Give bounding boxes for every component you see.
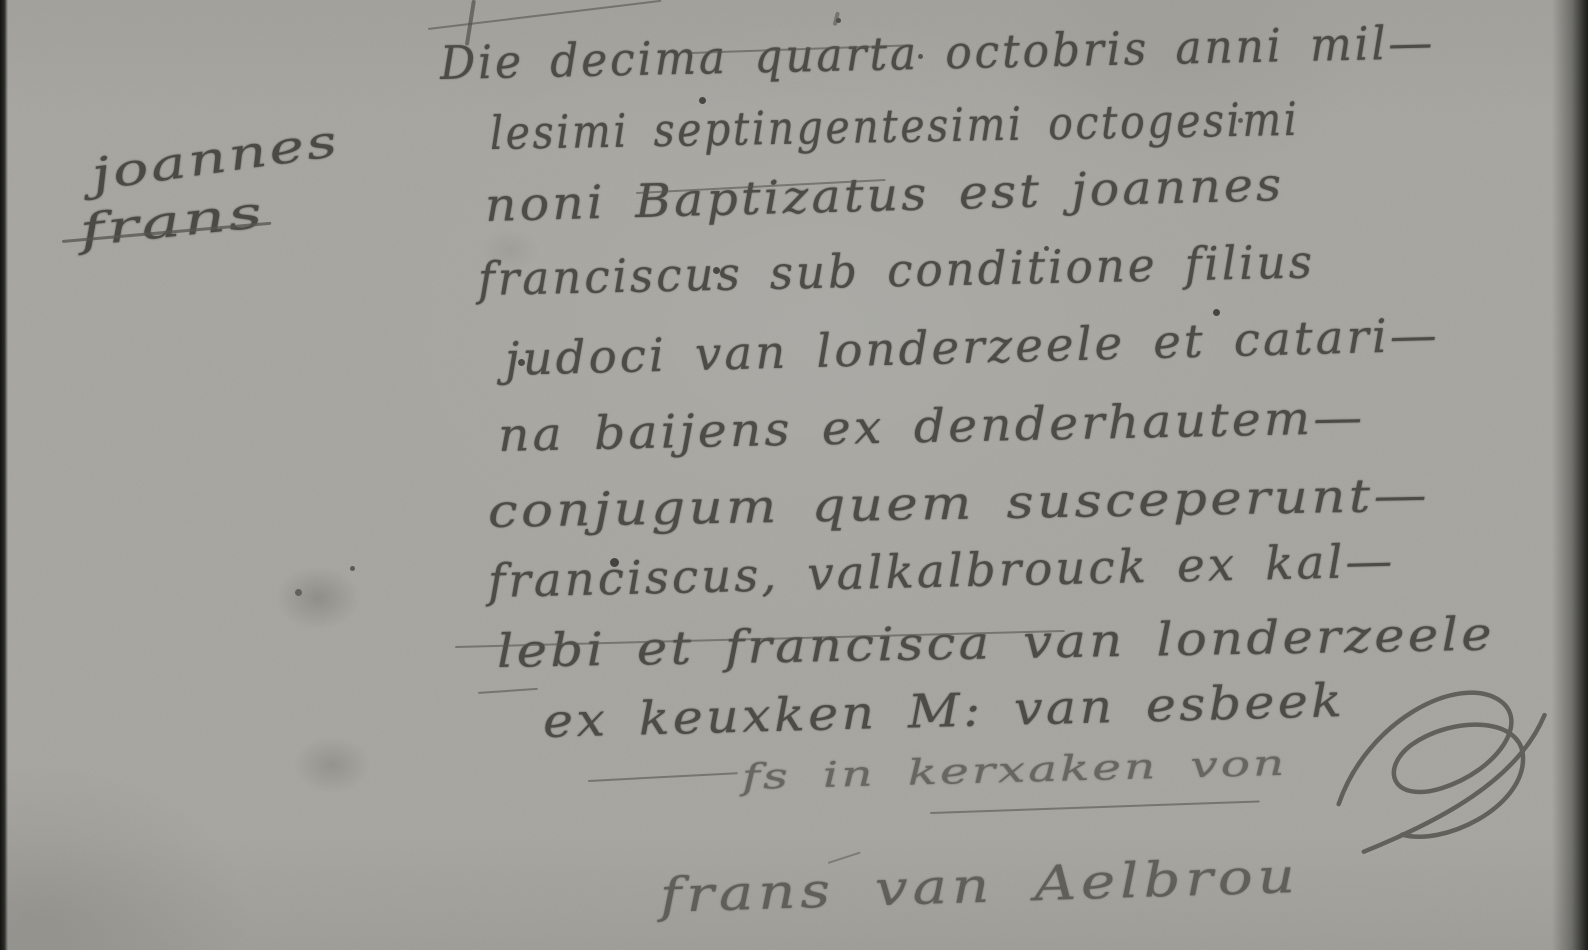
margin-note-name: joannes (88, 116, 342, 201)
page-edge-right (1552, 0, 1588, 950)
underline-interlinear (930, 800, 1260, 814)
signature: frans van Aelbrou (659, 848, 1300, 924)
manuscript-line: Die decima quarta octobris anni mil— (439, 15, 1435, 90)
manuscript-line: noni Baptizatus est joannes (484, 157, 1285, 232)
manuscript-line: franciscus sub conditione filius (477, 234, 1315, 306)
manuscript-line: franciscus, valkalbrouck ex kal— (487, 533, 1395, 608)
manuscript-line: na baijens ex denderhautem— (497, 390, 1365, 462)
paraph-flourish (1308, 656, 1579, 891)
dash-before-line-ten (478, 688, 538, 694)
dash-before-interlinear (588, 772, 738, 782)
manuscript-line: conjugum quem susceperunt— (488, 468, 1431, 538)
interlinear-note: fs in kerxaken von (741, 744, 1287, 798)
page-edge-left (0, 0, 8, 950)
ink-specks (0, 0, 5, 5)
manuscript-line: lesimi septingentesimi octogesimi (490, 92, 1300, 160)
manuscript-scan: joannes frans Die decima quarta octobris… (0, 0, 1588, 950)
stroke-top-tick (833, 12, 840, 27)
manuscript-line: ex keuxken M: van esbeek (542, 673, 1345, 748)
stroke-top-diagonal (428, 0, 662, 30)
manuscript-line: judoci van londerzeele et catari— (504, 308, 1440, 386)
